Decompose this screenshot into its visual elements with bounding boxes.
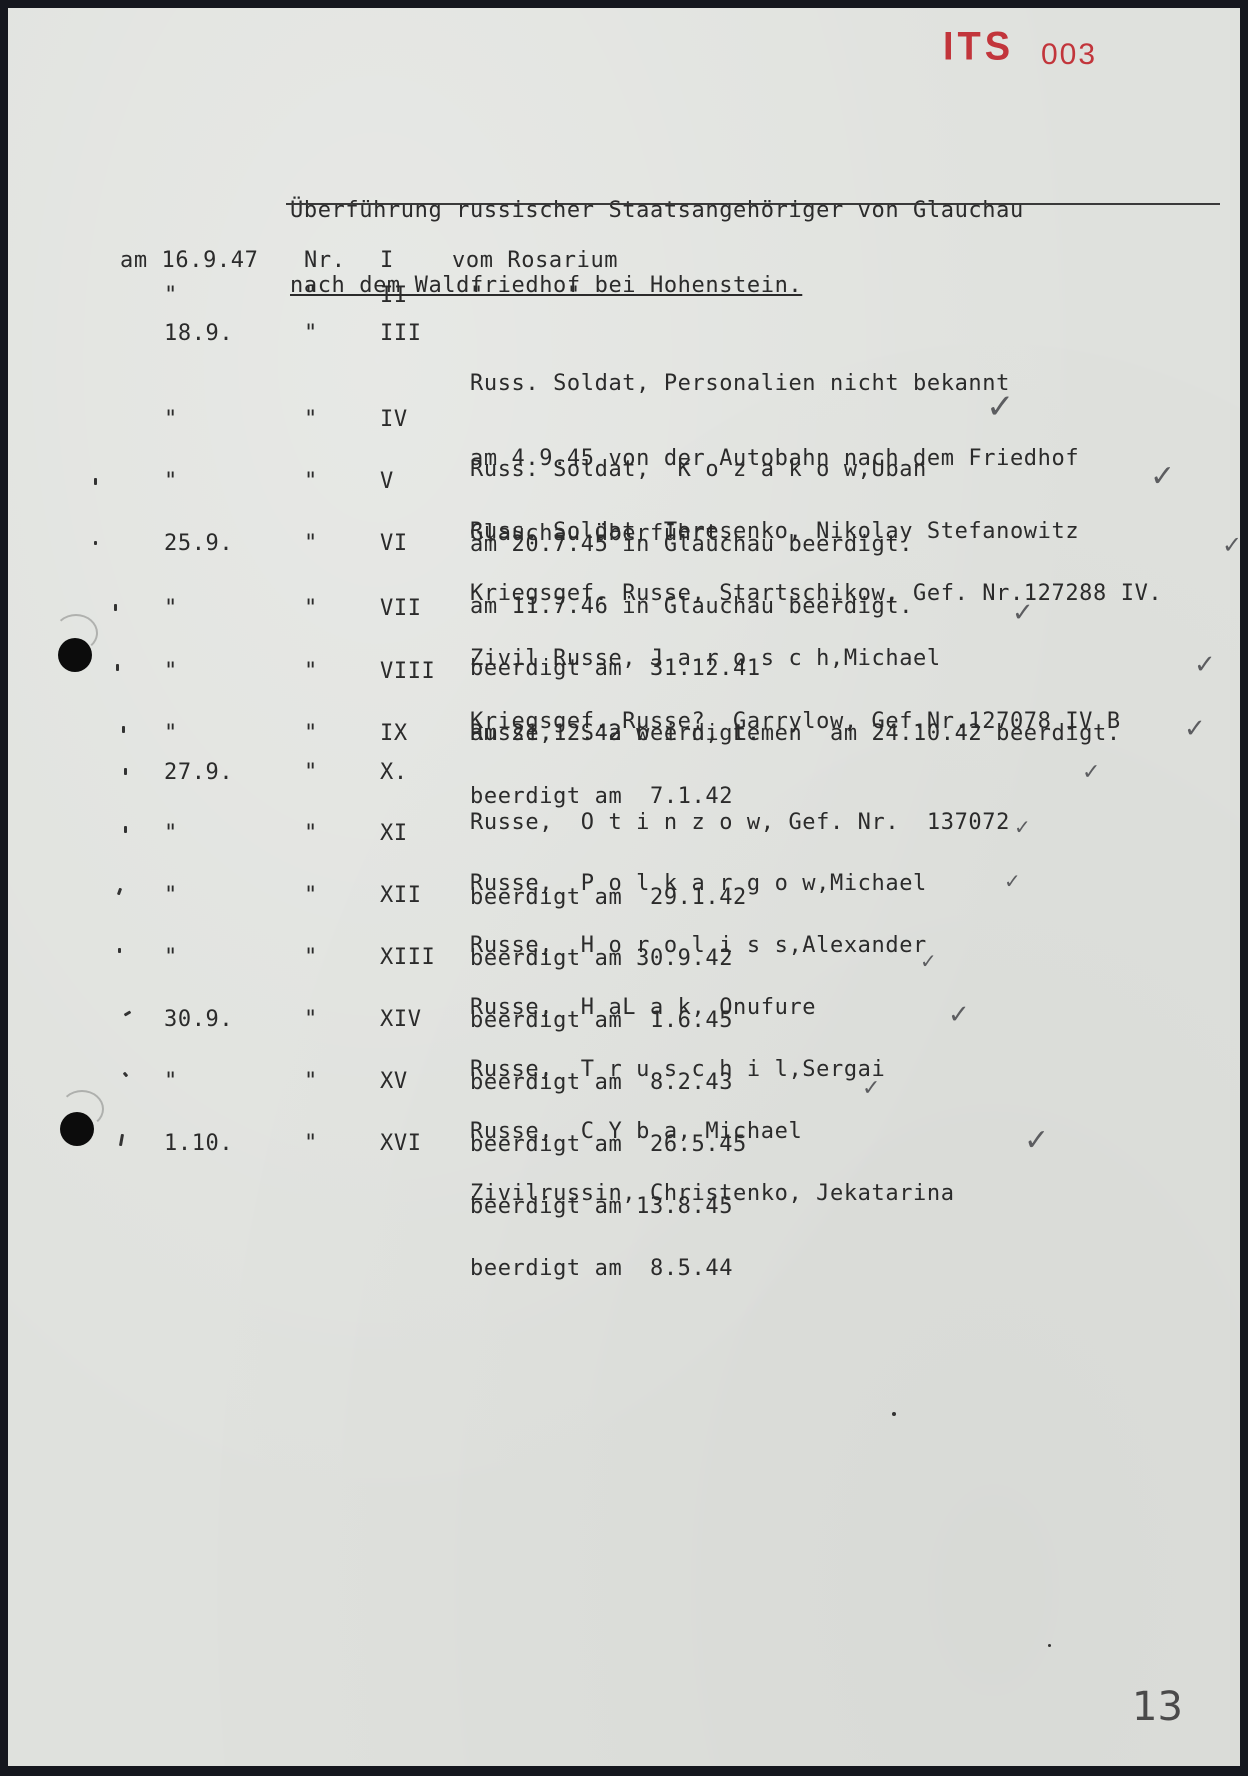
entry-date: 30.9. (164, 1007, 233, 1032)
entry-roman-numeral: XIII (380, 945, 435, 970)
entry-date: " (164, 883, 178, 908)
checkmark-icon: ✓ (1222, 532, 1242, 558)
punch-hole (60, 1112, 94, 1146)
margin-mark (124, 826, 127, 833)
entry-date: 1.10. (164, 1131, 233, 1156)
entry-roman-numeral: XI (380, 821, 408, 846)
entry-date: 18.9. (164, 321, 233, 346)
margin-mark (116, 664, 119, 671)
entry-date: am 16.9.47 (120, 248, 258, 273)
entry-date: " (164, 821, 178, 846)
title-line-1: Überführung russischer Staatsangehöriger… (290, 198, 1024, 223)
margin-mark (119, 1134, 124, 1146)
entry-date: " (164, 596, 178, 621)
entry-date: " (164, 1069, 178, 1094)
entry-date: " (164, 407, 178, 432)
document-page: ITS 003 Überführung russischer Staatsang… (8, 8, 1240, 1766)
margin-mark (124, 768, 127, 775)
entry-nr-label: " (304, 821, 318, 846)
checkmark-icon: ✓ (1012, 600, 1034, 626)
entry-text: " " (470, 283, 581, 308)
checkmark-icon: ✓ (1184, 716, 1206, 742)
checkmark-icon: ✓ (862, 1076, 880, 1102)
entry-date: 27.9. (164, 760, 233, 785)
entry-nr-label: " (304, 407, 318, 432)
punch-hole (58, 638, 92, 672)
handwritten-page-number: 13 (1132, 1684, 1183, 1730)
entry-date: " (164, 469, 178, 494)
entry-roman-numeral: XII (380, 883, 422, 908)
entry-nr-label: " (304, 283, 318, 308)
entry-nr-label: " (304, 659, 318, 684)
checkmark-icon: ✓ (1150, 464, 1175, 490)
entry-date: " (164, 721, 178, 746)
entry-nr-label: " (304, 1131, 318, 1156)
entry-date: " (164, 945, 178, 970)
entry-text: Russe, S a w i n, Lemen am 24.10.42 beer… (470, 721, 1121, 746)
margin-mark (124, 1010, 132, 1016)
margin-mark (114, 604, 117, 611)
entry-nr-label: " (304, 596, 318, 621)
margin-mark (122, 726, 125, 733)
checkmark-icon: ✓ (948, 1002, 970, 1028)
entry-roman-numeral: V (380, 469, 394, 494)
entry-roman-numeral: XVI (380, 1131, 422, 1156)
entry-nr-label: " (304, 945, 318, 970)
margin-mark (94, 541, 97, 545)
entry-nr-label: " (304, 721, 318, 746)
margin-mark (94, 478, 97, 485)
entry-nr-label: " (304, 321, 318, 346)
margin-mark (118, 948, 121, 953)
entry-date: 25.9. (164, 531, 233, 556)
entry-text: Zivilrussin, Christenko, Jekatarina beer… (470, 1131, 955, 1331)
checkmark-icon: ✓ (1194, 652, 1216, 678)
entry-nr-label: " (304, 760, 318, 785)
document-title: Überführung russischer Staatsangehöriger… (290, 148, 1024, 348)
entry-text-line-1: Zivilrussin, Christenko, Jekatarina (470, 1181, 955, 1206)
margin-mark (123, 1072, 129, 1078)
its-stamp: ITS (943, 25, 1014, 70)
entry-roman-numeral: IV (380, 407, 408, 432)
entry-roman-numeral: I (380, 248, 394, 273)
entry-nr-label: " (304, 1007, 318, 1032)
checkmark-icon: ✓ (920, 948, 937, 974)
checkmark-icon: ✓ (1082, 760, 1100, 786)
entry-nr-label: " (304, 531, 318, 556)
paper-speck (892, 1412, 896, 1416)
entry-roman-numeral: X. (380, 760, 408, 785)
entry-roman-numeral: III (380, 321, 422, 346)
entry-nr-label: Nr. (304, 248, 346, 273)
entry-roman-numeral: XV (380, 1069, 408, 1094)
entry-roman-numeral: VII (380, 596, 422, 621)
entry-roman-numeral: VIII (380, 659, 435, 684)
entry-date: " (164, 283, 178, 308)
checkmark-icon: ✓ (1024, 1128, 1049, 1154)
checkmark-icon: ✓ (986, 394, 1015, 420)
entry-nr-label: " (304, 1069, 318, 1094)
entry-roman-numeral: VI (380, 531, 408, 556)
entry-text: vom Rosarium (452, 248, 618, 273)
paper-speck (1048, 1644, 1051, 1647)
entry-nr-label: " (304, 469, 318, 494)
entry-roman-numeral: XIV (380, 1007, 422, 1032)
checkmark-icon: ✓ (1014, 814, 1031, 840)
entry-nr-label: " (304, 883, 318, 908)
margin-mark (117, 888, 122, 896)
entry-date: " (164, 659, 178, 684)
entry-roman-numeral: IX (380, 721, 408, 746)
checkmark-icon: ✓ (1004, 868, 1021, 894)
title-underline (286, 203, 1220, 205)
entry-text-line-2: beerdigt am 8.5.44 (470, 1256, 955, 1281)
stamp-number: 003 (1041, 38, 1097, 72)
entry-roman-numeral: II (380, 283, 408, 308)
